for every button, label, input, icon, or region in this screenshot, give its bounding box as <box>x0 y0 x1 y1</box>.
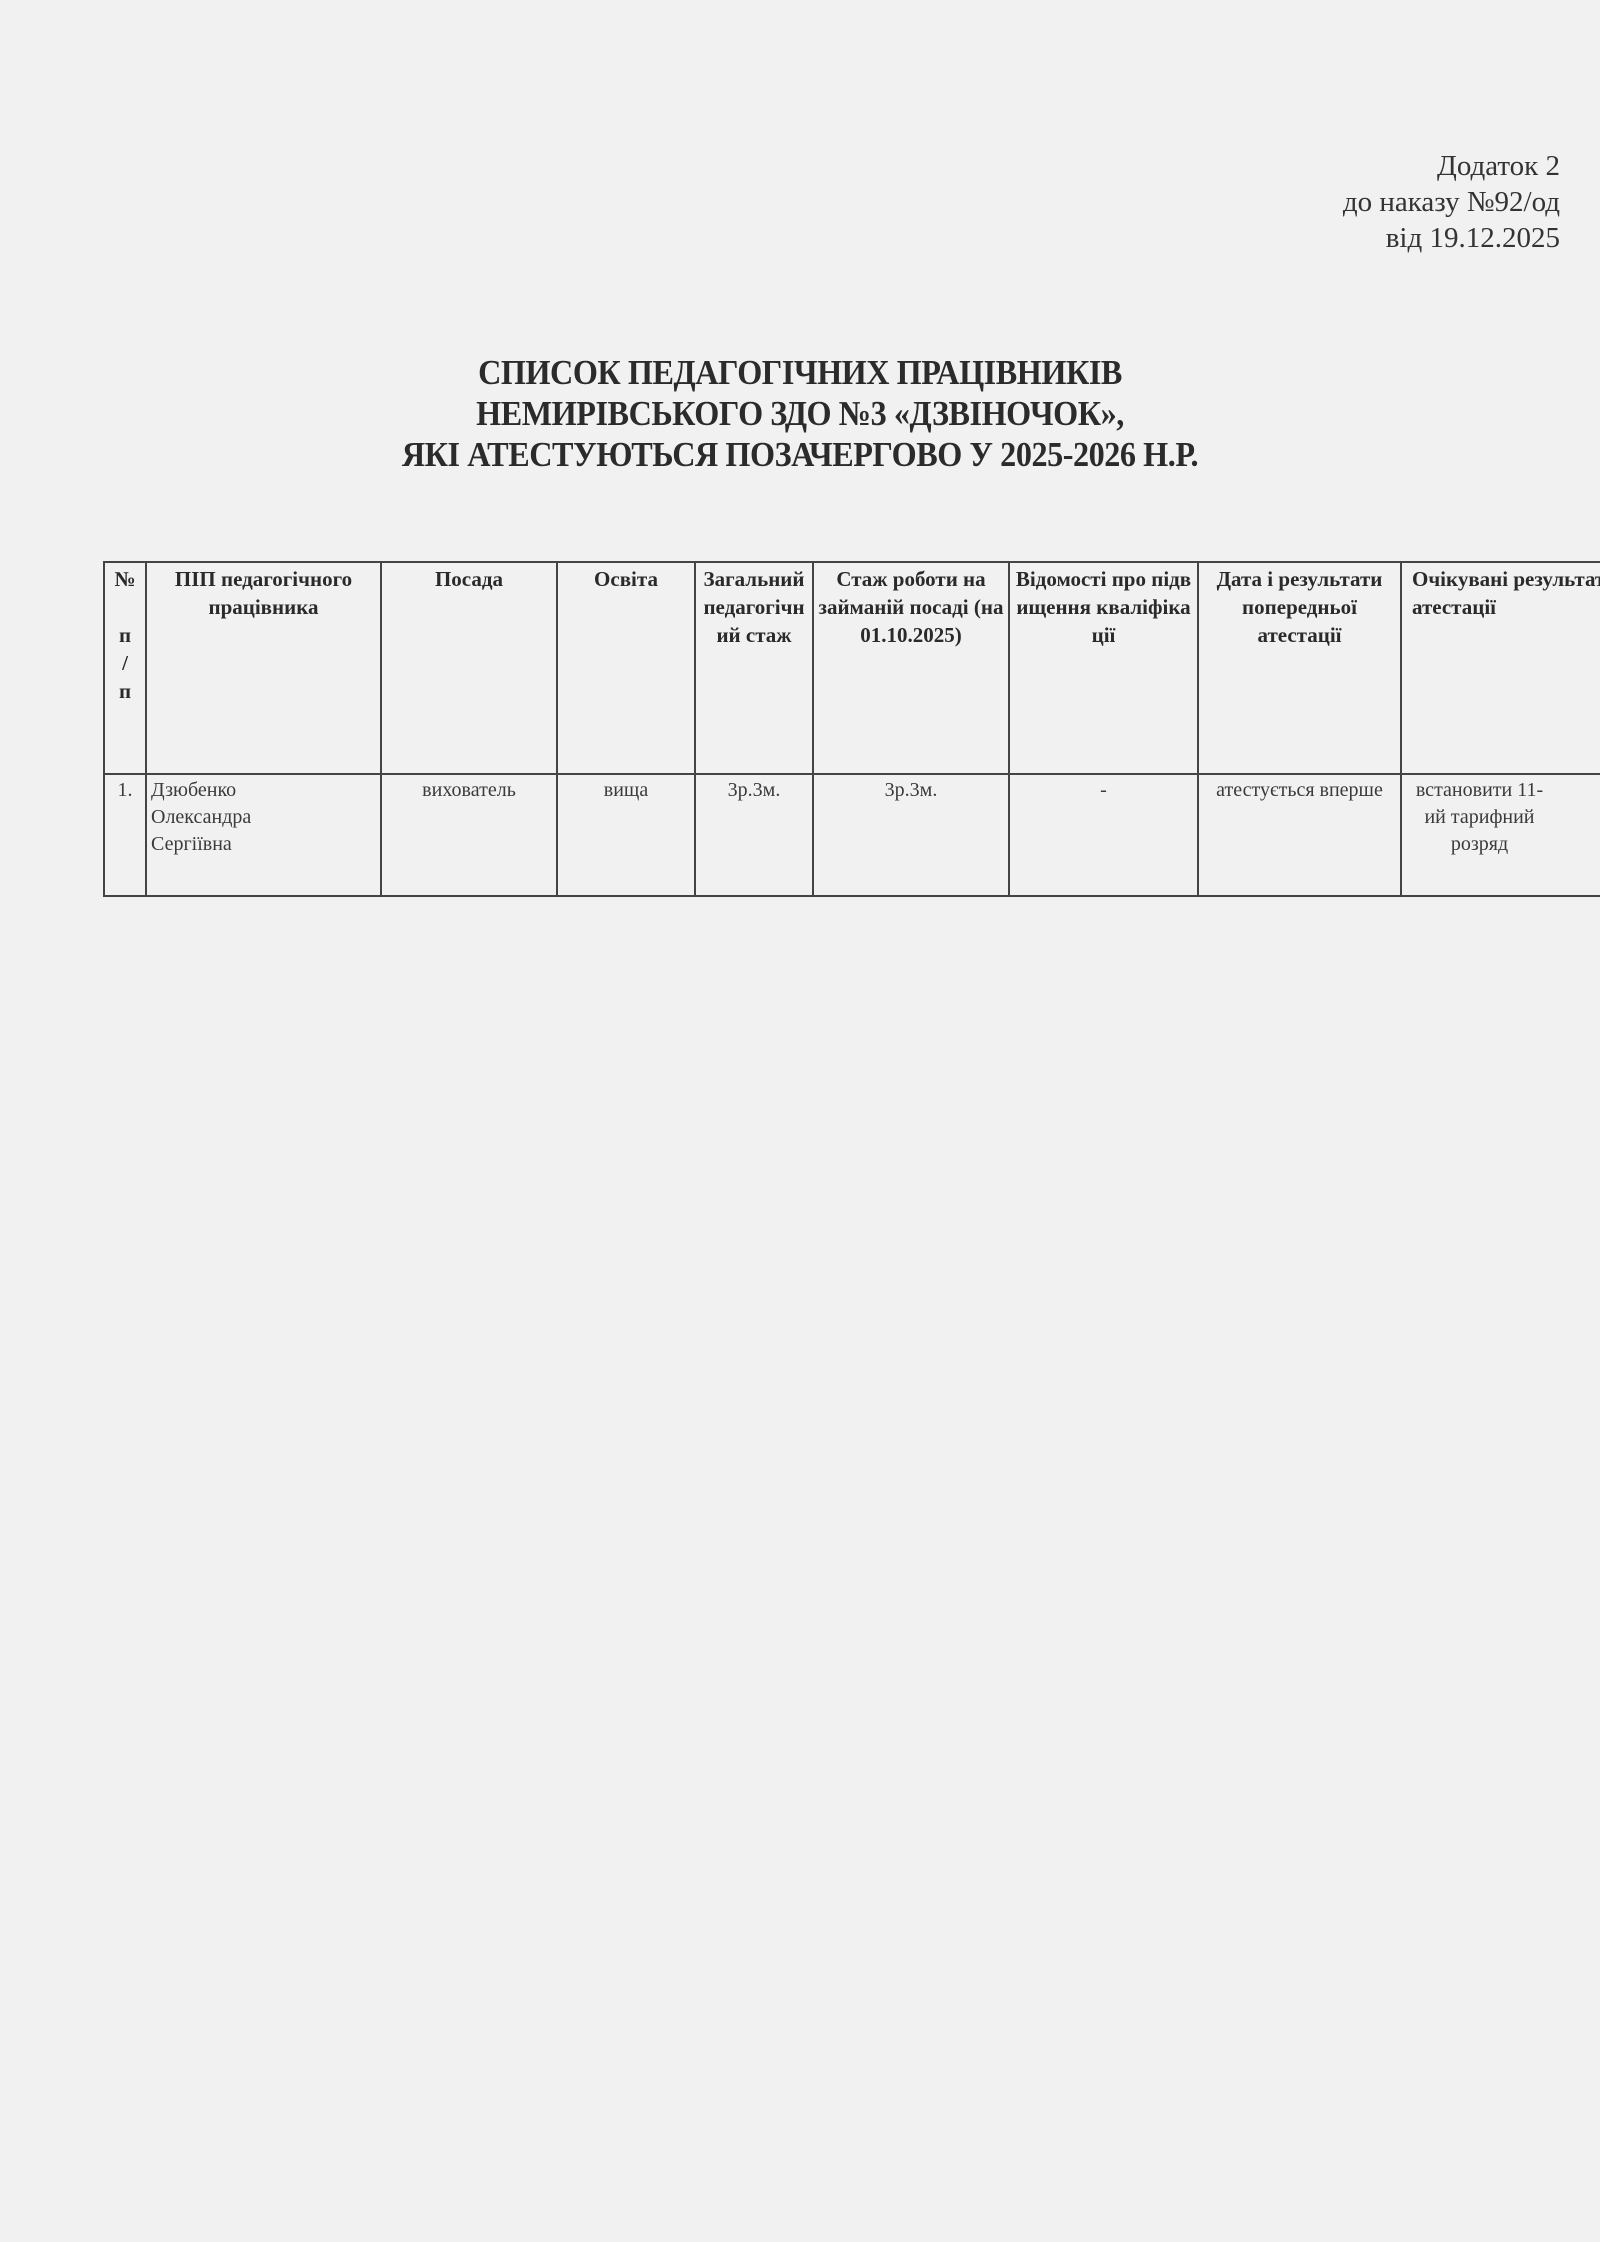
header-qualification: Відомості про підвищення кваліфікації <box>1009 562 1198 774</box>
appendix-reference: Додаток 2 до наказу №92/од від 19.12.202… <box>1343 148 1560 256</box>
cell-num: 1. <box>104 774 146 896</box>
cell-total-experience: 3р.3м. <box>695 774 813 896</box>
document-title: СПИСОК ПЕДАГОГІЧНИХ ПРАЦІВНИКІВ НЕМИРІВС… <box>0 352 1600 475</box>
cell-position-experience: 3р.3м. <box>813 774 1009 896</box>
header-education: Освіта <box>557 562 695 774</box>
header-total-experience: Загальний педагогічний стаж <box>695 562 813 774</box>
title-line-2: НЕМИРІВСЬКОГО ЗДО №3 «ДЗВІНОЧОК», <box>64 393 1536 434</box>
header-position: Посада <box>381 562 557 774</box>
order-date: від 19.12.2025 <box>1343 220 1560 256</box>
header-position-experience: Стаж роботи на займаній посаді (на 01.10… <box>813 562 1009 774</box>
header-name: ПІП педагогічного працівника <box>146 562 381 774</box>
cell-previous-attestation: атестується вперше <box>1198 774 1401 896</box>
table-header-row: № п/п № п/п ПІП педагогічного працівника… <box>104 562 1600 774</box>
cell-position: вихователь <box>381 774 557 896</box>
order-number: до наказу №92/од <box>1343 184 1560 220</box>
header-previous-attestation: Дата і результати попередньої атестації <box>1198 562 1401 774</box>
appendix-number: Додаток 2 <box>1343 148 1560 184</box>
header-num: № п/п № п/п <box>104 562 146 774</box>
title-line-3: ЯКІ АТЕСТУЮТЬСЯ ПОЗАЧЕРГОВО У 2025-2026 … <box>64 434 1536 475</box>
table-row: 1. Дзюбенко Олександра Сергіївна виховат… <box>104 774 1600 896</box>
header-expected-results: Очікувані результати атестації <box>1401 562 1600 774</box>
title-line-1: СПИСОК ПЕДАГОГІЧНИХ ПРАЦІВНИКІВ <box>64 352 1536 393</box>
staff-table: № п/п № п/п ПІП педагогічного працівника… <box>103 561 1600 897</box>
cell-name: Дзюбенко Олександра Сергіївна <box>146 774 381 896</box>
cell-education: вища <box>557 774 695 896</box>
cell-expected-results: встановити 11- ий тарифний розряд <box>1401 774 1600 896</box>
cell-qualification: - <box>1009 774 1198 896</box>
